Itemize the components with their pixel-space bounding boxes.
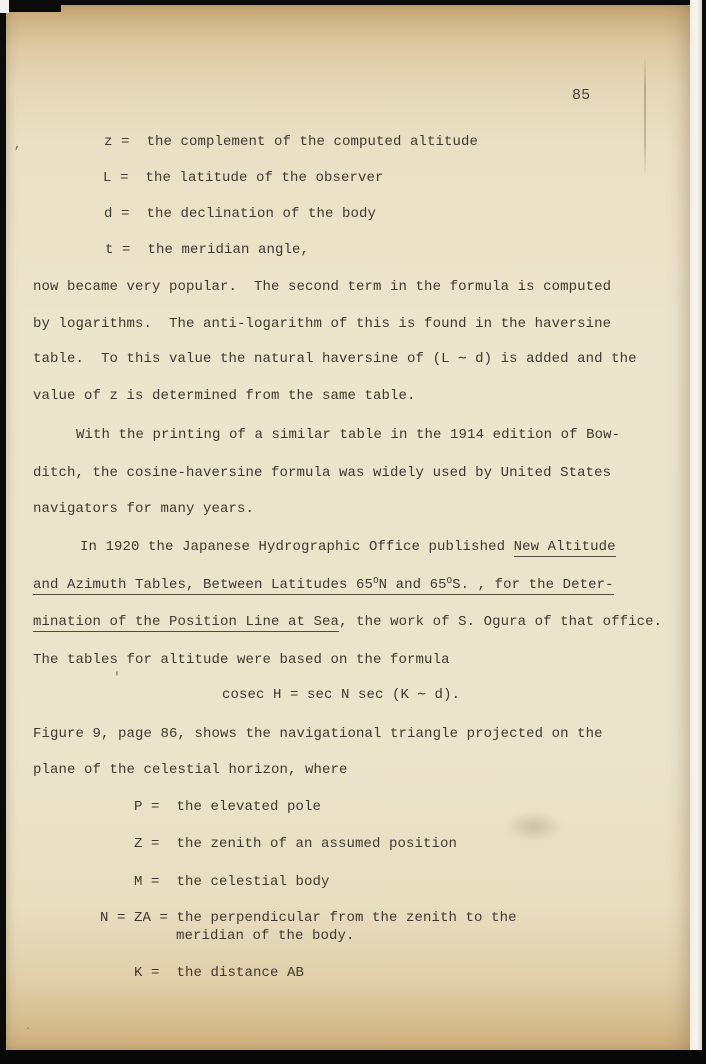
definition-line: z = the complement of the computed altit… [104,134,478,151]
definition-line: d = the declination of the body [104,206,376,223]
definition-line: Z = the zenith of an assumed position [134,836,457,853]
body-line: mination of the Position Line at Sea, th… [33,614,662,631]
degree-superscript: O [373,576,379,586]
body-text: , the work of S. Ogura of that office. [339,614,662,630]
definition-line: P = the elevated pole [134,799,321,816]
body-line: navigators for many years. [33,501,254,518]
body-line: With the printing of a similar table in … [76,427,620,444]
degree-superscript: O [447,576,453,586]
definition-line: L = the latitude of the observer [103,170,384,187]
body-line: In 1920 the Japanese Hydrographic Office… [80,539,616,556]
body-line: value of z is determined from the same t… [33,388,416,405]
page-text: 85 z = the complement of the computed al… [0,0,706,1064]
ink-artifact-tick: ' [113,670,121,685]
body-line: by logarithms. The anti-logarithm of thi… [33,316,611,333]
definition-line: K = the distance AB [134,965,304,982]
definition-line: N = ZA = the perpendicular from the zeni… [100,910,517,927]
definition-line-wrap: meridian of the body. [176,928,355,945]
ink-artifact-speck: . [25,1022,31,1033]
body-line: table. To this value the natural haversi… [33,351,637,368]
body-text: S. , for the Deter- [452,577,614,593]
definition-line: t = the meridian angle, [105,242,309,259]
body-line: ditch, the cosine-haversine formula was … [33,465,611,482]
body-line: plane of the celestial horizon, where [33,762,348,779]
body-line: now became very popular. The second term… [33,279,611,296]
body-line: The tables for altitude were based on th… [33,652,450,669]
definition-line: M = the celestial body [134,874,330,891]
page-number: 85 [572,87,590,104]
book-title-underlined: mination of the Position Line at Sea [33,614,339,632]
book-title-underlined: New Altitude [514,539,616,557]
ink-artifact-comma: , [14,138,21,152]
body-text: and Azimuth Tables, Between Latitudes 65 [33,577,373,593]
body-text: N and 65 [379,577,447,593]
body-text: In 1920 the Japanese Hydrographic Office… [80,539,514,555]
book-title-underlined: and Azimuth Tables, Between Latitudes 65… [33,577,614,595]
body-line: and Azimuth Tables, Between Latitudes 65… [33,577,614,595]
body-line: Figure 9, page 86, shows the navigationa… [33,726,603,743]
formula-cosec: cosec H = sec N sec (K ∼ d). [222,687,460,704]
